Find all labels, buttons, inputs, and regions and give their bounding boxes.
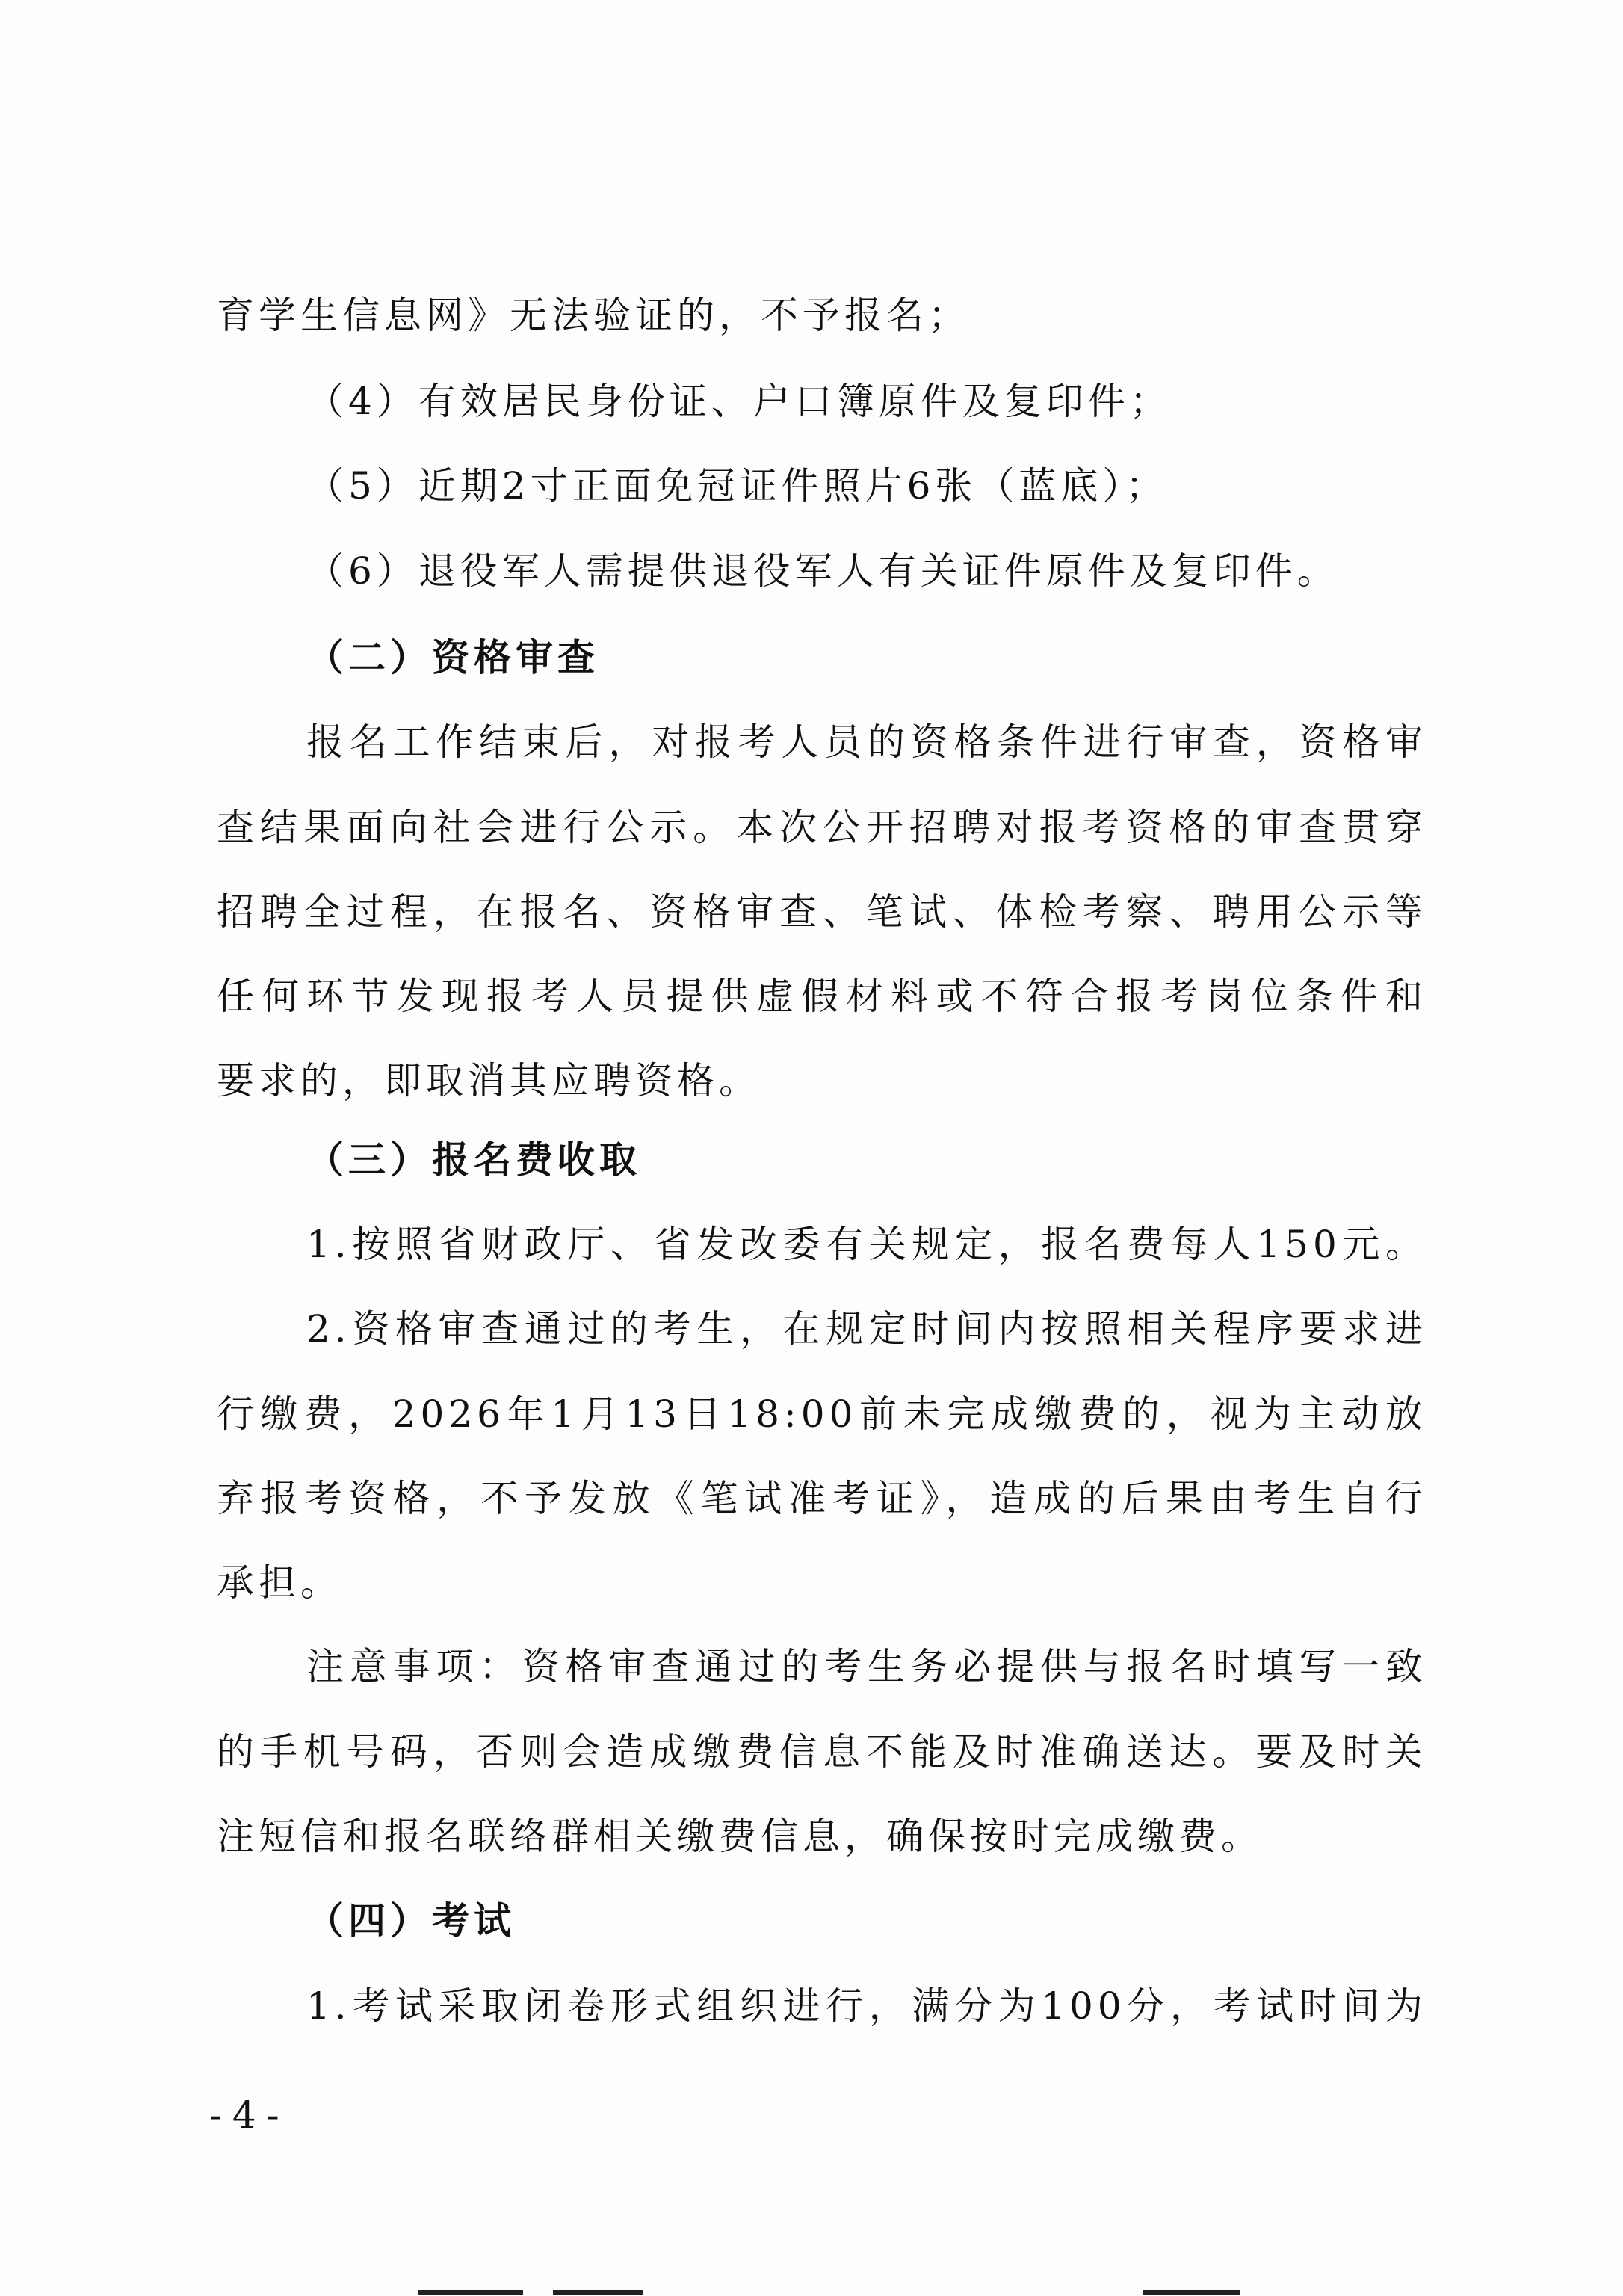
exam-item-1: 1.考试采取闭卷形式组织进行，满分为100分，考试时间为: [306, 1984, 1427, 2028]
list-item-4: （4）有效居民身份证、户口簿原件及复印件；: [306, 379, 1427, 424]
scan-artifact: [553, 2290, 643, 2295]
notice-paragraph: 注意事项：资格审查通过的考生务必提供与报名时填写一致: [306, 1644, 1427, 1689]
paragraph-line: 招聘全过程，在报名、资格审查、笔试、体检考察、聘用公示等: [217, 889, 1427, 934]
section-heading-qualification-review: （二）资格审查: [306, 635, 1427, 680]
paragraph-line: 的手机号码，否则会造成缴费信息不能及时准确送达。要及时关: [217, 1729, 1427, 1774]
section-heading-exam: （四）考试: [306, 1898, 1427, 1943]
page-number: -4-: [209, 2093, 290, 2138]
paragraph-line: 承担。: [217, 1561, 1427, 1605]
scan-artifact: [418, 2290, 523, 2295]
scan-artifact: [1143, 2290, 1240, 2295]
paragraph-line: 报名工作结束后，对报考人员的资格条件进行审查，资格审: [306, 720, 1427, 765]
paragraph-line: 任何环节发现报考人员提供虚假材料或不符合报考岗位条件和: [217, 974, 1427, 1019]
paragraph-line: 行缴费，2026年1月13日18:00前未完成缴费的，视为主动放: [217, 1392, 1427, 1436]
paragraph-line: 弃报考资格，不予发放《笔试准考证》，造成的后果由考生自行: [217, 1476, 1427, 1521]
section-heading-registration-fee: （三）报名费收取: [306, 1138, 1427, 1182]
paragraph-line: 注短信和报名联络群相关缴费信息，确保按时完成缴费。: [217, 1814, 1427, 1859]
fee-item-1: 1.按照省财政厅、省发改委有关规定，报名费每人150元。: [306, 1222, 1427, 1267]
list-item-6: （6）退役军人需提供退役军人有关证件原件及复印件。: [306, 549, 1427, 593]
document-page: 育学生信息网》无法验证的，不予报名； （4）有效居民身份证、户口簿原件及复印件；…: [0, 0, 1623, 2296]
paragraph-line: 要求的，即取消其应聘资格。: [217, 1058, 1427, 1103]
text-line-continuation: 育学生信息网》无法验证的，不予报名；: [217, 293, 1427, 338]
paragraph-line: 查结果面向社会进行公示。本次公开招聘对报考资格的审查贯穿: [217, 805, 1427, 850]
list-item-5: （5）近期2寸正面免冠证件照片6张（蓝底）；: [306, 463, 1427, 508]
fee-item-2: 2.资格审查通过的考生，在规定时间内按照相关程序要求进: [306, 1306, 1427, 1351]
